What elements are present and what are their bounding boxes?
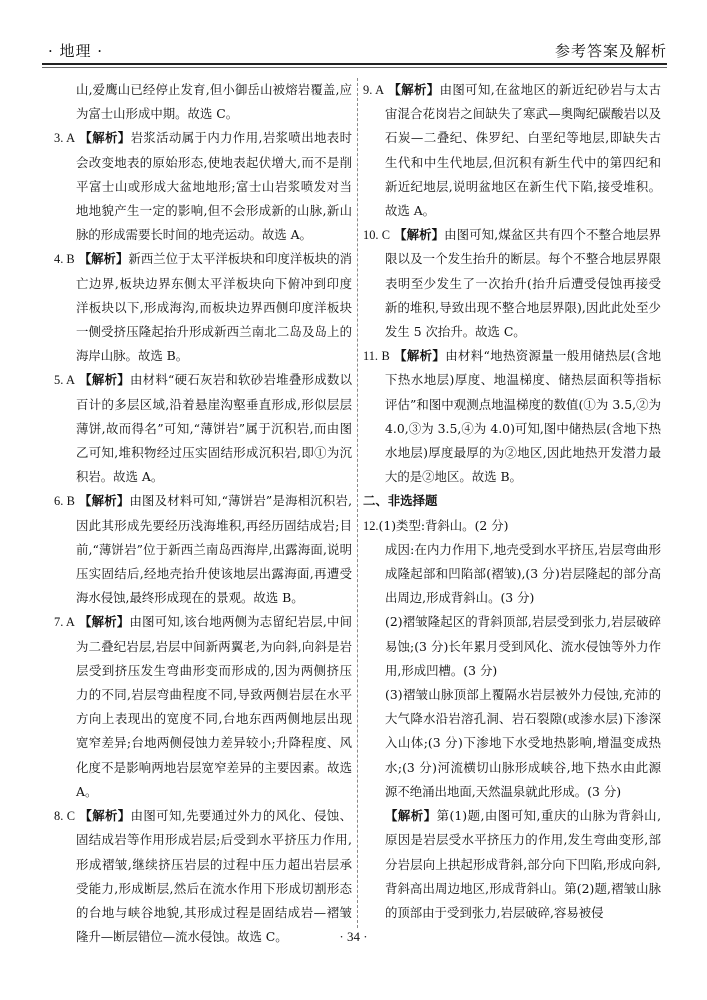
q12-part1-cause: 成因:在内力作用下,地壳受到水平挤压,岩层弯曲形成隆起部和凹陷部(褶皱),(3 …	[363, 538, 661, 611]
analysis-tag: 【解析】	[79, 251, 129, 266]
analysis-tag: 【解析】	[394, 348, 445, 363]
answer-number: 7. A	[54, 615, 75, 629]
header-title: 参考答案及解析	[555, 40, 667, 61]
header-rule-thin	[42, 67, 667, 68]
answer-text: 由材料“地热资源量一般用储热层(含地下热水地层)厚度、地温梯度、储热层面积等指标…	[385, 348, 661, 484]
answer-item-9: 9. A 【解析】由图可知,在盆地区的新近纪砂岩与太古宙混合花岗岩之间缺失了寒武…	[363, 78, 661, 223]
right-column: 9. A 【解析】由图可知,在盆地区的新近纪砂岩与太古宙混合花岗岩之间缺失了寒武…	[363, 78, 661, 925]
answer-item-4: 4. B 【解析】新西兰位于太平洋板块和印度洋板块的消亡边界,板块边界东侧太平洋…	[54, 247, 352, 368]
answer-text: 由材料“硬石灰岩和软砂岩堆叠形成数以百计的多层区域,沿着悬崖沟壑垂直形成,形似层…	[76, 372, 352, 484]
analysis-tag: 【解析】	[394, 227, 444, 242]
answer-text: 由图可知,在盆地区的新近纪砂岩与太古宙混合花岗岩之间缺失了寒武—奥陶纪碳酸岩以及…	[385, 82, 661, 218]
column-divider	[357, 78, 358, 928]
analysis-tag: 【解析】	[79, 372, 130, 387]
answer-number: 12.	[363, 519, 379, 533]
answer-text: 由图及材料可知,“薄饼岩”是海相沉积岩,因此其形成先要经历浅海堆积,再经历固结成…	[76, 493, 352, 605]
q12-part2: (2)褶皱隆起区的背斜顶部,岩层受到张力,岩层破碎易蚀;(3 分)长年累月受到风…	[363, 610, 661, 683]
answer-text: 岩浆活动属于内力作用,岩浆喷出地表时会改变地表的原始形态,使地表起伏增大,而不是…	[76, 130, 352, 242]
answer-text: 由图可知,先要通过外力的风化、侵蚀、固结成岩等作用形成岩层;后受到水平挤压力作用…	[76, 808, 352, 944]
page-header: · 地理 · 参考答案及解析	[42, 36, 667, 66]
q12-analysis: 【解析】第(1)题,由图可知,重庆的山脉为背斜山,原因是岩层受水平挤压力的作用,…	[363, 804, 661, 925]
section-title: 二、非选择题	[363, 489, 661, 513]
answer-number: 3. A	[54, 131, 75, 145]
answer-number: 4. B	[54, 252, 75, 266]
subject-label: · 地理 ·	[48, 40, 103, 61]
answer-text: 新西兰位于太平洋板块和印度洋板块的消亡边界,板块边界东侧太平洋板块向下俯冲到印度…	[76, 251, 352, 363]
analysis-tag: 【解析】	[79, 130, 130, 145]
q12-analysis-text: 第(1)题,由图可知,重庆的山脉为背斜山,原因是岩层受水平挤压力的作用,发生弯曲…	[385, 808, 661, 920]
analysis-tag: 【解析】	[79, 614, 129, 629]
answer-item-10: 10. C 【解析】由图可知,煤盆区共有四个不整合地层界限以及一个发生抬升的断层…	[363, 223, 661, 344]
answer-number: 10. C	[363, 228, 390, 242]
answer-item-3: 3. A 【解析】岩浆活动属于内力作用,岩浆喷出地表时会改变地表的原始形态,使地…	[54, 126, 352, 247]
answer-item-7: 7. A 【解析】由图可知,该台地两侧为志留纪岩层,中间为二叠纪岩层,岩层中间新…	[54, 610, 352, 804]
header-rule-thick	[42, 63, 667, 65]
answer-item-5: 5. A 【解析】由材料“硬石灰岩和软砂岩堆叠形成数以百计的多层区域,沿着悬崖沟…	[54, 368, 352, 489]
answer-number: 9. A	[363, 83, 384, 97]
answer-number: 5. A	[54, 373, 75, 387]
answer-text: 由图可知,该台地两侧为志留纪岩层,中间为二叠纪岩层,岩层中间新两翼老,为向斜,向…	[76, 614, 352, 798]
answer-text: 由图可知,煤盆区共有四个不整合地层界限以及一个发生抬升的断层。每个不整合地层界限…	[385, 227, 661, 339]
left-column: 山,爱鹰山已经停止发育,但小御岳山被熔岩覆盖,应为富士山形成中期。故选 C。 3…	[54, 78, 352, 949]
answer-item-6: 6. B 【解析】由图及材料可知,“薄饼岩”是海相沉积岩,因此其形成先要经历浅海…	[54, 489, 352, 610]
answer-item-12: 12.(1)类型:背斜山。(2 分) 成因:在内力作用下,地壳受到水平挤压,岩层…	[363, 514, 661, 925]
answer-item-11: 11. B 【解析】由材料“地热资源量一般用储热层(含地下热水地层)厚度、地温梯…	[363, 344, 661, 489]
analysis-tag: 【解析】	[388, 82, 439, 97]
continuation-text: 山,爱鹰山已经停止发育,但小御岳山被熔岩覆盖,应为富士山形成中期。故选 C。	[54, 78, 352, 126]
analysis-tag: 【解析】	[385, 808, 437, 823]
q12-part3: (3)褶皱山脉顶部上覆隔水岩层被外力侵蚀,充沛的大气降水沿岩溶孔洞、岩石裂隙(或…	[363, 683, 661, 804]
answer-number: 11. B	[363, 349, 390, 363]
answer-item-8: 8. C 【解析】由图可知,先要通过外力的风化、侵蚀、固结成岩等作用形成岩层;后…	[54, 804, 352, 949]
analysis-tag: 【解析】	[79, 493, 129, 508]
page-number: · 34 ·	[0, 929, 707, 945]
answer-number: 6. B	[54, 494, 75, 508]
answer-number: 8. C	[54, 809, 75, 823]
analysis-tag: 【解析】	[79, 808, 130, 823]
q12-part1-type: (1)类型:背斜山。(2 分)	[379, 518, 509, 533]
